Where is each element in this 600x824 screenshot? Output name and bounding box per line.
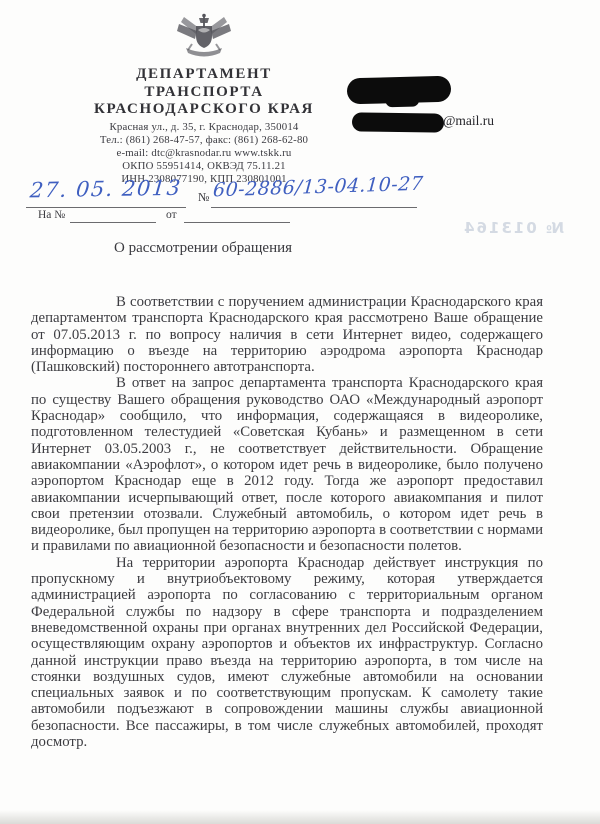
coat-of-arms-icon bbox=[174, 13, 234, 61]
org-name-line1: ДЕПАРТАМЕНТ bbox=[8, 66, 400, 84]
recipient-email-suffix: @mail.ru bbox=[443, 113, 494, 129]
redaction-mark-email bbox=[352, 112, 444, 132]
reply-to-underline bbox=[70, 222, 156, 223]
organization-name: ДЕПАРТАМЕНТ ТРАНСПОРТА КРАСНОДАРСКОГО КР… bbox=[8, 66, 400, 119]
number-underline bbox=[211, 207, 417, 208]
org-name-line2: ТРАНСПОРТА bbox=[8, 84, 400, 102]
body-paragraph-2: В ответ на запрос департамента транспорт… bbox=[31, 375, 543, 554]
reply-from-underline bbox=[184, 222, 290, 223]
letter-body: В соответствии с поручением администраци… bbox=[31, 294, 543, 750]
reply-to-label: На № bbox=[38, 209, 65, 221]
handwritten-date: 27. 05. 2013 bbox=[29, 176, 183, 203]
date-underline bbox=[26, 207, 186, 208]
scanned-letter-page: ДЕПАРТАМЕНТ ТРАНСПОРТА КРАСНОДАРСКОГО КР… bbox=[0, 0, 600, 824]
redaction-mark-top bbox=[347, 76, 452, 105]
body-paragraph-1: В соответствии с поручением администраци… bbox=[31, 294, 543, 375]
org-okpo-line: ОКПО 55951414, ОКВЭД 75.11.21 bbox=[8, 160, 400, 173]
reply-from-label: от bbox=[166, 209, 177, 221]
scan-edge-shadow bbox=[0, 810, 600, 824]
org-email-line: e-mail: dtc@krasnodar.ru www.tskk.ru bbox=[8, 147, 400, 160]
org-address-line: Красная ул., д. 35, г. Краснодар, 350014 bbox=[8, 121, 400, 134]
body-paragraph-3: На территории аэропорта Краснодар действ… bbox=[31, 555, 543, 751]
bleedthrough-stamp-number: № 013164 bbox=[446, 219, 564, 237]
number-sign-label: № bbox=[198, 190, 209, 205]
letter-subject: О рассмотрении обращения bbox=[114, 240, 292, 257]
org-phone-line: Тел.: (861) 268-47-57, факс: (861) 268-6… bbox=[8, 134, 400, 147]
org-name-line3: КРАСНОДАРСКОГО КРАЯ bbox=[8, 101, 400, 119]
